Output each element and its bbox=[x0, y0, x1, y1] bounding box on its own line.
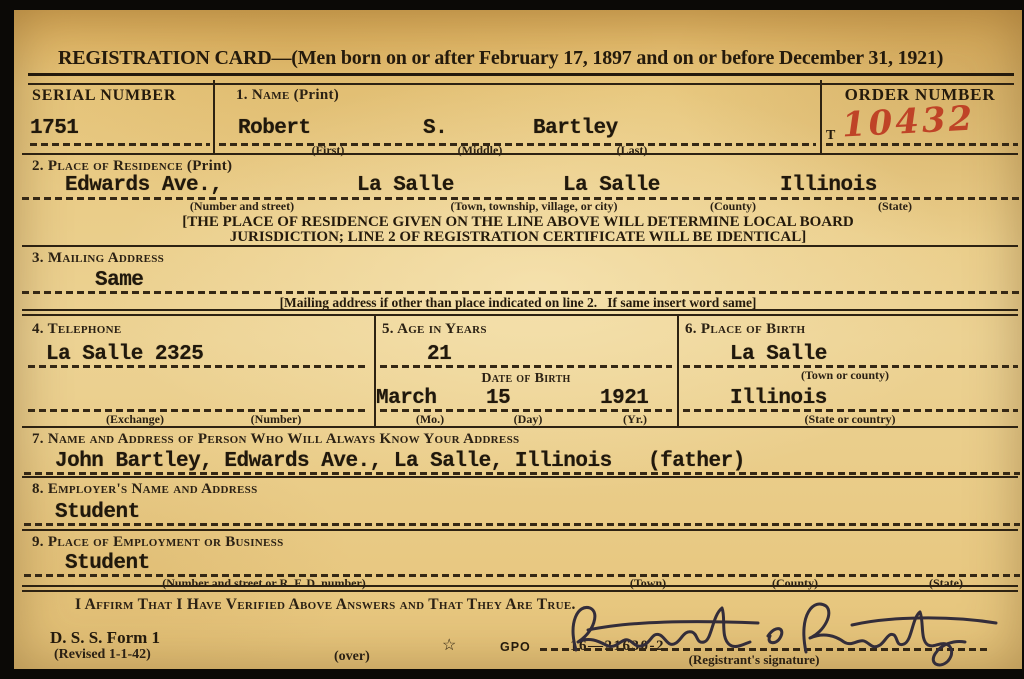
first-sublabel: (First) bbox=[312, 143, 345, 158]
residence-note-line2: JURISDICTION; LINE 2 OF REGISTRATION CER… bbox=[14, 230, 1022, 245]
row1-bottom-rule bbox=[22, 153, 1018, 155]
card-title: REGISTRATION CARD—(Men born on or after … bbox=[58, 47, 943, 70]
telephone-dotted-line bbox=[28, 365, 366, 368]
gpo-label: GPO bbox=[500, 640, 531, 654]
registrant-signature bbox=[534, 592, 1004, 672]
order-dotted-line bbox=[826, 143, 1018, 146]
dob-label: Date of Birth bbox=[481, 371, 570, 387]
order-number-value: 10432 bbox=[841, 99, 976, 146]
employment-label: 9. Place of Employment or Business bbox=[32, 534, 284, 551]
yr-sublabel: (Yr.) bbox=[623, 412, 647, 427]
state-sublabel: (State) bbox=[878, 199, 912, 214]
telephone-dotted-line-2 bbox=[28, 409, 366, 412]
name-label-suffix: (Print) bbox=[290, 87, 339, 103]
name-label-main: 1. Name bbox=[236, 87, 290, 103]
residence-label: 2. Place of Residence (Print) bbox=[32, 158, 232, 175]
telephone-label: 4. Telephone bbox=[32, 321, 121, 338]
contact-dotted-line bbox=[24, 472, 1020, 475]
age-value: 21 bbox=[427, 343, 451, 366]
last-name-value: Bartley bbox=[533, 117, 618, 140]
first-name-value: Robert bbox=[238, 117, 311, 140]
name-label: 1. Name (Print) bbox=[236, 87, 339, 104]
serial-number-value: 1751 bbox=[30, 117, 78, 140]
residence-label-main: 2. Place of Residence bbox=[32, 158, 183, 174]
employment-county-sublabel: (County) bbox=[772, 576, 818, 591]
residence-town-value: La Salle bbox=[357, 174, 454, 197]
form-revised: (Revised 1-1-42) bbox=[54, 647, 151, 663]
card-paper: REGISTRATION CARD—(Men born on or after … bbox=[14, 10, 1022, 669]
dob-year-value: 1921 bbox=[600, 387, 648, 410]
scanned-registration-card: REGISTRATION CARD—(Men born on or after … bbox=[0, 0, 1024, 679]
birth-label: 6. Place of Birth bbox=[685, 321, 805, 338]
town-sublabel: (Town, township, village, or city) bbox=[450, 199, 617, 214]
dob-day-value: 15 bbox=[486, 387, 510, 410]
birth-state-sublabel: (State or country) bbox=[804, 412, 895, 427]
number-sublabel: (Number) bbox=[251, 412, 302, 427]
street-sublabel: (Number and street) bbox=[190, 199, 294, 214]
star-icon: ☆ bbox=[442, 635, 456, 655]
age-dotted-line bbox=[380, 365, 672, 368]
mailing-note: [Mailing address if other than place ind… bbox=[14, 295, 1022, 311]
residence-street-value: Edwards Ave., bbox=[65, 174, 222, 197]
middle-sublabel: (Middle) bbox=[458, 143, 503, 158]
employment-state-sublabel: (State) bbox=[929, 576, 963, 591]
divider-serial-name bbox=[213, 80, 215, 153]
employment-value: Student bbox=[65, 552, 150, 575]
divider-age-birth bbox=[677, 316, 679, 426]
employment-town-sublabel: (Town) bbox=[630, 576, 666, 591]
contact-value: John Bartley, Edwards Ave., La Salle, Il… bbox=[55, 450, 745, 473]
birth-town-value: La Salle bbox=[730, 343, 827, 366]
signature-text: Robert S Bartley bbox=[14, 10, 15, 11]
mo-sublabel: (Mo.) bbox=[416, 412, 444, 427]
middle-name-value: S. bbox=[423, 117, 447, 140]
day-sublabel: (Day) bbox=[514, 412, 543, 427]
employer-value: Student bbox=[55, 501, 140, 524]
form-number: D. S. S. Form 1 bbox=[50, 628, 160, 648]
employment-street-sublabel: (Number and street or R. F. D. number) bbox=[162, 576, 366, 591]
row3-bottom-rule bbox=[22, 314, 1018, 316]
residence-state-value: Illinois bbox=[780, 174, 877, 197]
serial-number-label: SERIAL NUMBER bbox=[32, 87, 176, 105]
over-label: (over) bbox=[334, 649, 370, 665]
affirmation-text: I Affirm That I Have Verified Above Answ… bbox=[75, 596, 576, 614]
mailing-label: 3. Mailing Address bbox=[32, 250, 164, 267]
name-dotted-line bbox=[219, 143, 816, 146]
dob-month-value: March bbox=[376, 387, 437, 410]
exchange-sublabel: (Exchange) bbox=[106, 412, 164, 427]
birth-state-value: Illinois bbox=[730, 387, 827, 410]
order-prefix: T bbox=[826, 128, 835, 144]
row8-bottom-rule bbox=[22, 529, 1018, 531]
last-sublabel: (Last) bbox=[617, 143, 648, 158]
mailing-dotted-line bbox=[22, 291, 1020, 294]
mailing-value: Same bbox=[95, 269, 143, 292]
serial-dotted-line bbox=[30, 143, 210, 146]
age-label: 5. Age in Years bbox=[382, 321, 487, 338]
row2-bottom-rule bbox=[22, 245, 1018, 247]
employer-dotted-line bbox=[24, 523, 1020, 526]
title-underline bbox=[28, 73, 1014, 85]
birth-town-sublabel: (Town or county) bbox=[801, 368, 889, 383]
residence-county-value: La Salle bbox=[563, 174, 660, 197]
row7-bottom-rule bbox=[22, 476, 1018, 478]
contact-label: 7. Name and Address of Person Who Will A… bbox=[32, 431, 519, 448]
county-sublabel: (County) bbox=[710, 199, 756, 214]
telephone-value: La Salle 2325 bbox=[46, 343, 203, 366]
residence-note-line1: [THE PLACE OF RESIDENCE GIVEN ON THE LIN… bbox=[14, 215, 1022, 230]
residence-label-suffix: (Print) bbox=[183, 158, 232, 174]
employer-label: 8. Employer's Name and Address bbox=[32, 481, 258, 498]
